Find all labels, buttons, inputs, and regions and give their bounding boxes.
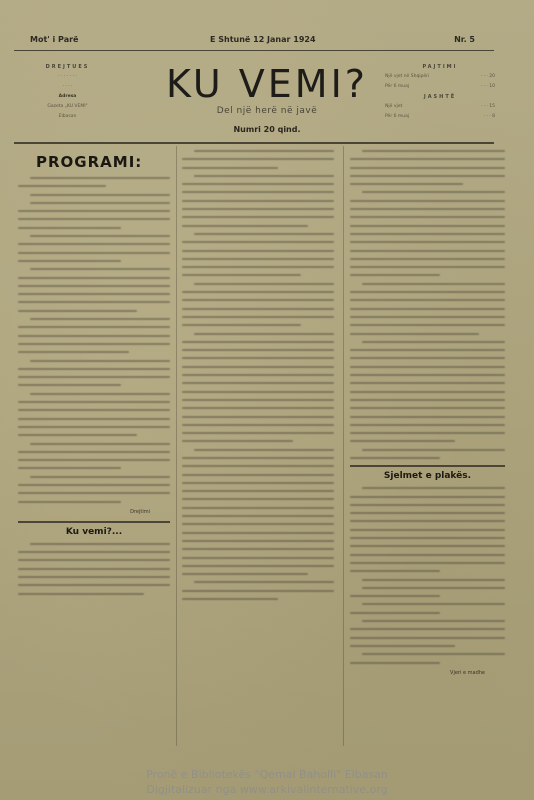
- text-line: [182, 225, 308, 227]
- text-line: [18, 376, 170, 378]
- text-line: [18, 418, 170, 420]
- paragraph: [350, 620, 505, 647]
- text-line: [350, 416, 505, 418]
- column-left: PROGRAMI: Drejtimi Ku vemi?...: [18, 150, 170, 601]
- text-line: [18, 185, 106, 187]
- paragraph: [18, 318, 170, 353]
- text-line: [182, 424, 334, 426]
- text-line: [350, 374, 505, 376]
- text-line: [182, 573, 308, 575]
- text-line: [350, 250, 505, 252]
- paragraph: [350, 603, 505, 613]
- text-line: [182, 266, 334, 268]
- text-line: [18, 492, 170, 494]
- text-line: [182, 241, 334, 243]
- text-line: [182, 565, 334, 567]
- text-line: [18, 484, 170, 486]
- text-line: [350, 504, 505, 506]
- article-title-ku-vemi: Ku vemi?...: [18, 527, 170, 537]
- text-line: [182, 349, 334, 351]
- text-line: [362, 449, 505, 451]
- text-line: [18, 260, 121, 262]
- article-title-programi: PROGRAMI:: [36, 153, 170, 171]
- text-line: [350, 512, 505, 514]
- text-line: [350, 628, 505, 630]
- masthead-bottom-rule: [14, 142, 494, 144]
- text-line: [350, 440, 455, 442]
- text-line: [18, 227, 121, 229]
- text-line: [350, 545, 505, 547]
- text-line: [350, 662, 440, 664]
- text-line: [350, 529, 505, 531]
- text-line: [18, 384, 121, 386]
- subscription-label: Për 6 muaj: [385, 112, 409, 122]
- text-line: [182, 258, 334, 260]
- text-line: [182, 299, 334, 301]
- text-line: [182, 598, 278, 600]
- text-line: [18, 301, 170, 303]
- text-line: [18, 285, 170, 287]
- text-line: [18, 584, 170, 586]
- text-line: [182, 357, 334, 359]
- text-line: [30, 393, 170, 395]
- text-line: [350, 324, 505, 326]
- text-line: [350, 612, 440, 614]
- paragraph: [350, 487, 505, 572]
- text-line: [350, 175, 505, 177]
- text-line: [350, 595, 440, 597]
- text-line: [18, 593, 144, 595]
- text-line: [362, 653, 505, 655]
- paragraph: [350, 341, 505, 443]
- text-line: [18, 310, 137, 312]
- text-line: [350, 316, 505, 318]
- column-middle: [182, 150, 334, 606]
- subscription-row: Një vjet në Shqipëri· · · 20: [385, 72, 495, 82]
- text-line: [18, 277, 170, 279]
- section-divider: [350, 465, 505, 467]
- text-line: [182, 474, 334, 476]
- paragraph: [18, 393, 170, 436]
- paragraph: [182, 449, 334, 575]
- text-line: [18, 434, 137, 436]
- text-line: [182, 250, 334, 252]
- text-line: [182, 316, 334, 318]
- text-line: [350, 357, 505, 359]
- text-line: [362, 587, 505, 589]
- text-line: [350, 407, 505, 409]
- paragraph: [182, 283, 334, 326]
- text-line: [30, 443, 170, 445]
- edition-label: Mot' i Parë: [30, 35, 78, 44]
- text-line: [18, 218, 170, 220]
- text-line: [182, 158, 334, 160]
- abroad-header: JASHTË: [385, 92, 495, 102]
- issue-number: Nr. 5: [454, 35, 475, 44]
- text-line: [18, 335, 170, 337]
- text-line: [182, 457, 334, 459]
- subscription-box: PAJTIMI Një vjet në Shqipëri· · · 20Për …: [385, 62, 495, 122]
- text-line: [182, 341, 334, 343]
- text-line: [194, 150, 334, 152]
- text-line: [182, 366, 334, 368]
- paragraph: [350, 449, 505, 459]
- subscription-label: Për 6 muaj: [385, 82, 409, 92]
- article-signature: Drejtimi: [18, 509, 150, 515]
- text-line: [30, 268, 170, 270]
- text-line: [18, 343, 170, 345]
- newspaper-price: Numri 20 qind.: [0, 125, 534, 134]
- article-body-programi: [18, 177, 170, 503]
- text-line: [18, 467, 121, 469]
- text-line: [182, 590, 334, 592]
- text-line: [18, 252, 170, 254]
- text-line: [194, 283, 334, 285]
- text-line: [182, 216, 334, 218]
- text-line: [18, 559, 170, 561]
- text-line: [362, 603, 505, 605]
- text-line: [350, 291, 505, 293]
- watermark-line-1: Pronë e Bibliotekës "Qemal Baholli" Elba…: [0, 768, 534, 781]
- text-line: [18, 351, 129, 353]
- text-line: [350, 382, 505, 384]
- text-line: [362, 487, 505, 489]
- text-line: [350, 258, 505, 260]
- subscription-price: · · · 20: [481, 72, 495, 82]
- article-body-sjelmet: [350, 487, 505, 663]
- text-line: [362, 283, 505, 285]
- text-line: [362, 579, 505, 581]
- subscription-price: · · · 15: [481, 102, 495, 112]
- text-line: [182, 399, 334, 401]
- paragraph: [350, 579, 505, 581]
- article-body-middle: [182, 150, 334, 600]
- text-line: [182, 515, 334, 517]
- text-line: [350, 241, 505, 243]
- section-divider: [18, 521, 170, 523]
- text-line: [350, 216, 505, 218]
- text-line: [350, 349, 505, 351]
- text-line: [182, 498, 334, 500]
- text-line: [194, 175, 334, 177]
- text-line: [362, 150, 505, 152]
- paragraph: [18, 235, 170, 262]
- text-line: [18, 210, 170, 212]
- text-line: [30, 194, 170, 196]
- text-line: [18, 409, 170, 411]
- article-body-right: [350, 150, 505, 459]
- text-line: [182, 308, 334, 310]
- text-line: [30, 202, 170, 204]
- text-line: [362, 620, 505, 622]
- text-line: [182, 191, 334, 193]
- text-line: [350, 432, 505, 434]
- paragraph: [182, 581, 334, 600]
- text-line: [350, 225, 505, 227]
- text-line: [182, 523, 334, 525]
- text-line: [18, 459, 170, 461]
- text-line: [18, 243, 170, 245]
- text-line: [30, 177, 170, 179]
- text-line: [182, 324, 301, 326]
- text-line: [182, 482, 334, 484]
- text-line: [350, 158, 505, 160]
- text-line: [350, 637, 505, 639]
- text-line: [182, 391, 334, 393]
- subscription-header: PAJTIMI: [385, 62, 495, 72]
- text-line: [350, 399, 505, 401]
- text-line: [350, 299, 505, 301]
- text-line: [182, 208, 334, 210]
- text-line: [350, 554, 505, 556]
- paragraph: [182, 333, 334, 443]
- paragraph: [350, 653, 505, 663]
- text-line: [182, 382, 334, 384]
- text-line: [30, 360, 170, 362]
- paragraph: [182, 175, 334, 227]
- text-line: [18, 326, 170, 328]
- text-line: [18, 451, 170, 453]
- text-line: [350, 496, 505, 498]
- paragraph: [350, 150, 505, 185]
- text-line: [182, 465, 334, 467]
- column-divider: [343, 146, 344, 746]
- subscription-row: Për 6 muaj· · · 8: [385, 112, 495, 122]
- text-line: [182, 416, 334, 418]
- paragraph: [350, 191, 505, 276]
- column-divider: [176, 146, 177, 746]
- masthead-top-rule: [14, 50, 494, 51]
- text-line: [194, 449, 334, 451]
- newspaper-page: Mot' i Parë E Shtunë 12 Janar 1924 Nr. 5…: [0, 0, 534, 800]
- text-line: [182, 557, 334, 559]
- text-line: [182, 374, 334, 376]
- text-line: [182, 291, 334, 293]
- text-line: [18, 368, 170, 370]
- text-line: [182, 183, 334, 185]
- article-title-sjelmet: Sjelmet e plakës.: [350, 471, 505, 481]
- paragraph: [18, 360, 170, 387]
- text-line: [350, 391, 505, 393]
- subscription-label: Një vjet në Shqipëri: [385, 72, 429, 82]
- text-line: [18, 551, 170, 553]
- text-line: [182, 167, 278, 169]
- text-line: [30, 235, 170, 237]
- paragraph: [18, 194, 170, 196]
- subscription-price: · · · 10: [481, 82, 495, 92]
- text-line: [18, 576, 170, 578]
- article-signature: Vjeri e madhe: [350, 670, 485, 676]
- text-line: [182, 548, 334, 550]
- text-line: [30, 318, 170, 320]
- paragraph: [18, 543, 170, 595]
- text-line: [18, 568, 170, 570]
- article-body-ku-vemi: [18, 543, 170, 595]
- text-line: [350, 457, 440, 459]
- issue-date: E Shtunë 12 Janar 1924: [210, 35, 316, 44]
- text-line: [350, 570, 440, 572]
- text-line: [182, 490, 334, 492]
- text-line: [350, 208, 505, 210]
- text-line: [18, 501, 121, 503]
- text-line: [350, 366, 505, 368]
- text-line: [350, 308, 505, 310]
- paragraph: [350, 587, 505, 597]
- text-line: [194, 233, 334, 235]
- paragraph: [18, 476, 170, 503]
- text-line: [182, 274, 301, 276]
- paragraph: [182, 150, 334, 169]
- text-line: [18, 426, 170, 428]
- text-line: [350, 333, 479, 335]
- text-line: [350, 233, 505, 235]
- text-line: [350, 424, 505, 426]
- paragraph: [18, 202, 170, 229]
- text-line: [30, 476, 170, 478]
- watermark-line-2: Digjitalizuar nga www.arkivalinternative…: [0, 783, 534, 796]
- text-line: [194, 333, 334, 335]
- text-line: [350, 200, 505, 202]
- text-line: [30, 543, 170, 545]
- paragraph: [18, 268, 170, 311]
- text-line: [350, 183, 463, 185]
- paragraph: [182, 233, 334, 276]
- text-line: [362, 341, 505, 343]
- text-line: [18, 401, 170, 403]
- subscription-label: Një vjet: [385, 102, 402, 112]
- paragraph: [350, 283, 505, 335]
- text-line: [182, 200, 334, 202]
- text-line: [182, 507, 334, 509]
- text-line: [350, 520, 505, 522]
- subscription-row: Për 6 muaj· · · 10: [385, 82, 495, 92]
- text-line: [182, 440, 293, 442]
- paragraph: [18, 177, 170, 187]
- text-line: [350, 645, 455, 647]
- paragraph: [18, 443, 170, 470]
- text-line: [182, 540, 334, 542]
- text-line: [350, 266, 505, 268]
- text-line: [182, 432, 334, 434]
- text-line: [350, 274, 440, 276]
- text-line: [350, 562, 505, 564]
- text-line: [182, 407, 334, 409]
- subscription-price: · · · 8: [484, 112, 495, 122]
- text-line: [350, 537, 505, 539]
- subscription-row: Një vjet· · · 15: [385, 102, 495, 112]
- text-line: [182, 532, 334, 534]
- column-right: Sjelmet e plakës. Vjeri e madhe: [350, 150, 505, 682]
- text-line: [18, 293, 170, 295]
- text-line: [350, 167, 505, 169]
- text-line: [362, 191, 505, 193]
- text-line: [194, 581, 334, 583]
